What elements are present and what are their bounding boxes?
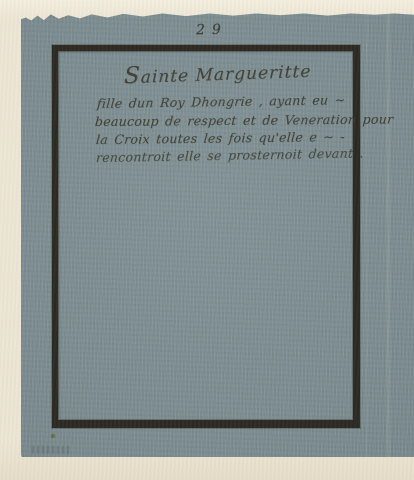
manuscript-line: beaucoup de respect et de Veneration pou… <box>94 111 394 129</box>
manuscript-scan: 29 Sainte Margueritte fille dun Roy Dhon… <box>0 0 414 480</box>
manuscript-line: la Croix toutes les fois qu'elle e ~ - <box>95 129 345 147</box>
collection-mark-illegible <box>32 446 71 454</box>
ink-spot <box>51 434 55 438</box>
folio-number: 29 <box>196 22 228 39</box>
